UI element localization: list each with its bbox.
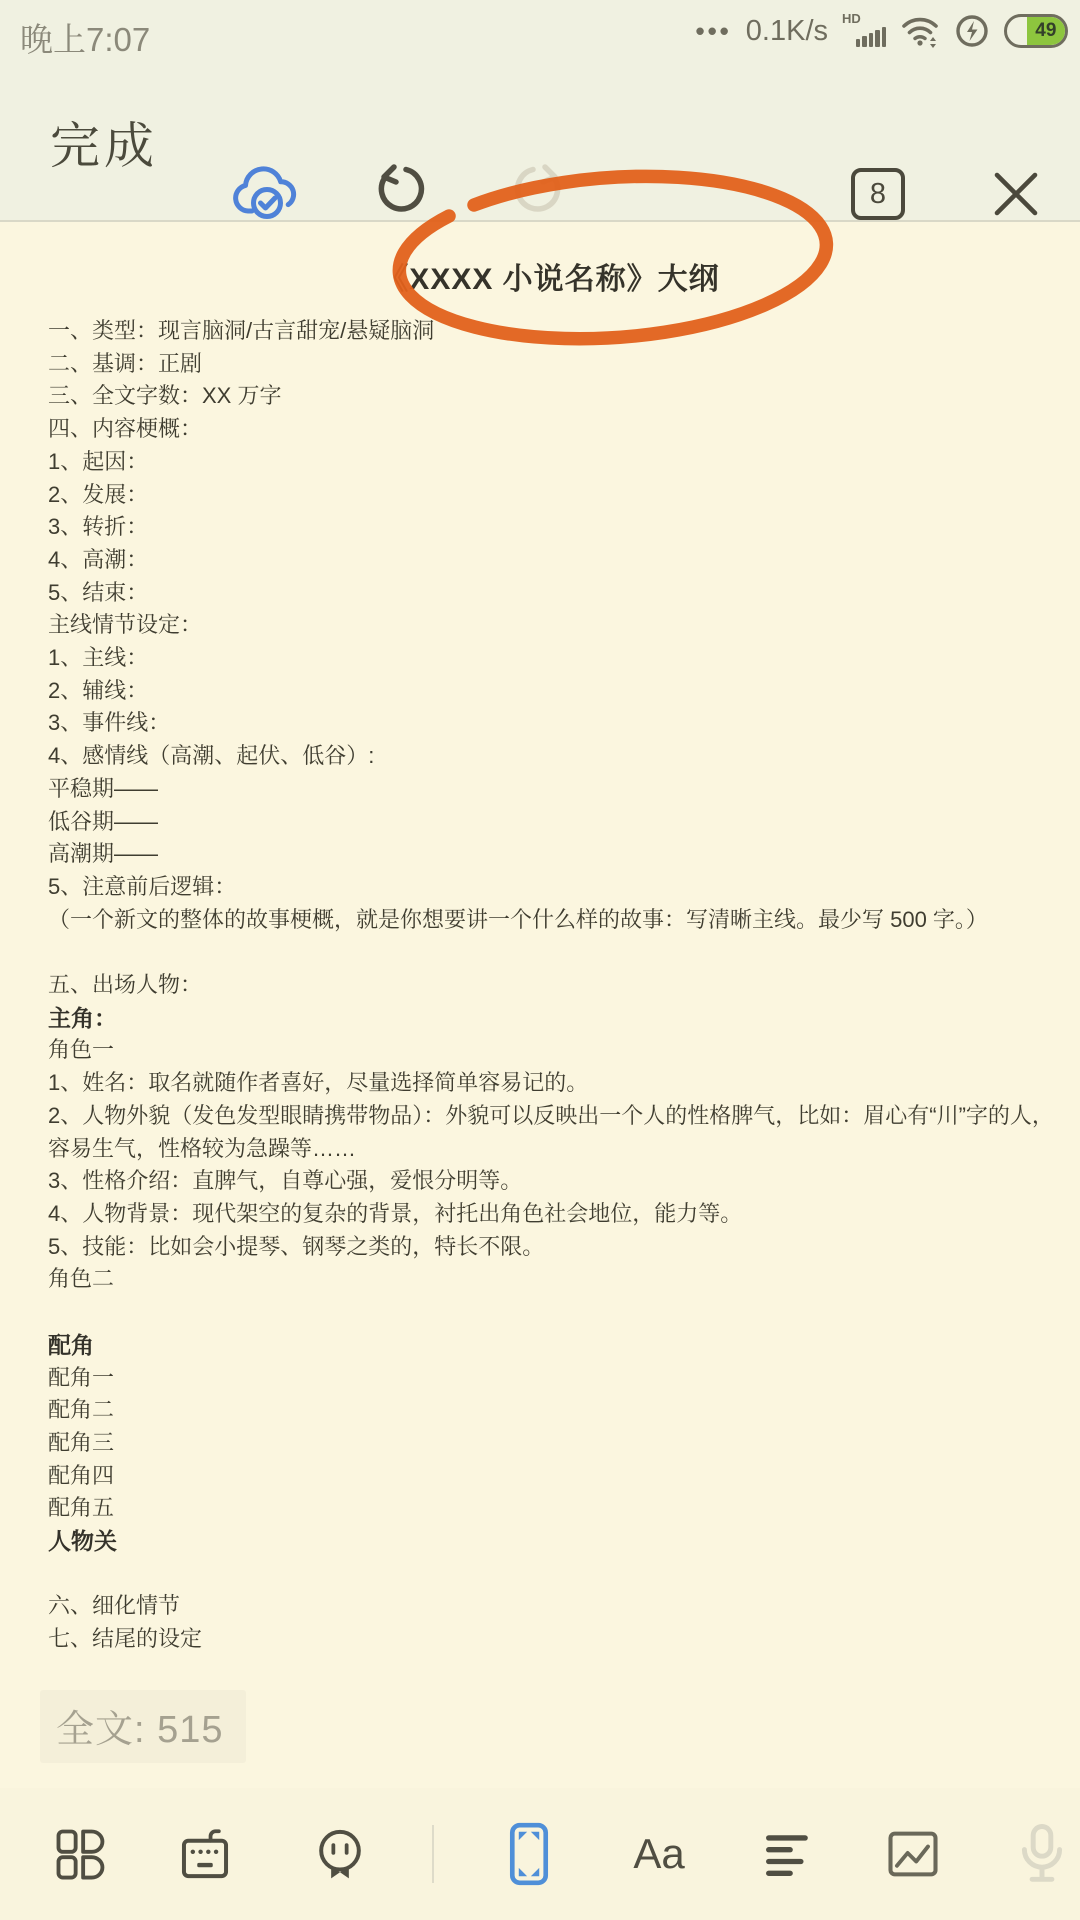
cloud-sync-icon[interactable]: [228, 158, 306, 226]
document-page[interactable]: 《XXXX 小说名称》大纲 一、类型：现言脑洞/古言甜宠/悬疑脑洞二、基调：正剧…: [0, 222, 1080, 1920]
doc-line: 5、结束：: [48, 577, 1050, 610]
fit-screen-icon[interactable]: [503, 1819, 555, 1889]
doc-line: 3、事件线：: [48, 707, 1050, 740]
doc-line: 配角五: [48, 1492, 1050, 1525]
doc-line: 4、高潮：: [48, 544, 1050, 577]
doc-line: 3、性格介绍：直脾气，自尊心强，爱恨分明等。: [48, 1165, 1050, 1198]
paragraph-icon[interactable]: [758, 1824, 818, 1884]
page-count: 8: [870, 178, 886, 211]
image-icon[interactable]: [883, 1824, 943, 1884]
status-bar: 晚上7:07 ••• 0.1K/s HD: [0, 0, 1080, 62]
word-count-text: 全文: 515: [56, 1709, 224, 1751]
doc-line: 二、基调：正剧: [48, 348, 1050, 381]
doc-line: 1、主线：: [48, 642, 1050, 675]
charging-icon: [954, 13, 990, 49]
doc-line: 5、注意前后逻辑：: [48, 871, 1050, 904]
doc-line: 高潮期——: [48, 838, 1050, 871]
keyboard-icon[interactable]: [174, 1823, 236, 1885]
doc-line: 配角三: [48, 1427, 1050, 1460]
doc-body: 一、类型：现言脑洞/古言甜宠/悬疑脑洞二、基调：正剧三、全文字数：XX 万字四、…: [48, 315, 1050, 1656]
font-icon[interactable]: Aa: [633, 1830, 684, 1878]
doc-line: 配角: [48, 1329, 1050, 1362]
doc-line: 一、类型：现言脑洞/古言甜宠/悬疑脑洞: [48, 315, 1050, 348]
battery-icon: 49: [1004, 14, 1068, 48]
network-speed: 0.1K/s: [746, 15, 828, 48]
doc-line: 主线情节设定：: [48, 609, 1050, 642]
status-time: 晚上7:07: [20, 14, 150, 61]
more-dots-icon: •••: [695, 16, 731, 47]
hd-label: HD: [842, 11, 861, 26]
app-header: 晚上7:07 ••• 0.1K/s HD: [0, 0, 1080, 222]
doc-line: 人物关: [48, 1525, 1050, 1558]
doc-line: [48, 1558, 1050, 1591]
doc-line: 3、转折：: [48, 511, 1050, 544]
doc-line: 1、起因：: [48, 446, 1050, 479]
doc-line: 4、人物背景：现代架空的复杂的背景，衬托出角色社会地位，能力等。: [48, 1198, 1050, 1231]
doc-line: 1、姓名：取名就随作者喜好，尽量选择简单容易记的。: [48, 1067, 1050, 1100]
doc-line: 配角四: [48, 1460, 1050, 1493]
doc-line: 2、人物外貌（发色发型眼睛携带物品）：外貌可以反映出一个人的性格脾气，比如：眉心…: [48, 1100, 1050, 1133]
done-button[interactable]: 完成: [50, 106, 158, 178]
close-icon[interactable]: [990, 168, 1042, 220]
doc-line: 五、出场人物：: [48, 969, 1050, 1002]
edit-toolbar: 完成 8: [0, 62, 1080, 220]
doc-line: 三、全文字数：XX 万字: [48, 380, 1050, 413]
doc-line: [48, 936, 1050, 969]
doc-line: 主角：: [48, 1002, 1050, 1035]
signal-bars-icon: HD: [842, 11, 886, 51]
toolbar-divider: [432, 1825, 434, 1883]
doc-line: 5、技能：比如会小提琴、钢琴之类的，特长不限。: [48, 1231, 1050, 1264]
wifi-icon: [900, 13, 940, 49]
doc-line: 配角二: [48, 1394, 1050, 1427]
doc-line: 四、内容梗概：: [48, 413, 1050, 446]
tools-grid-icon[interactable]: [51, 1824, 111, 1884]
doc-line: 七、结尾的设定: [48, 1623, 1050, 1656]
page-count-box[interactable]: 8: [851, 168, 905, 220]
doc-line: 低谷期——: [48, 806, 1050, 839]
emoji-icon[interactable]: [309, 1823, 371, 1885]
doc-line: 角色一: [48, 1034, 1050, 1067]
doc-line: （一个新文的整体的故事梗概，就是你想要讲一个什么样的故事：写清晰主线。最少写 5…: [48, 904, 1050, 937]
doc-line: 2、发展：: [48, 479, 1050, 512]
undo-icon[interactable]: [372, 160, 434, 222]
doc-line: 平稳期——: [48, 773, 1050, 806]
bottom-toolbar: Aa: [0, 1788, 1080, 1920]
microphone-icon[interactable]: [1011, 1821, 1073, 1887]
doc-line: 4、感情线（高潮、起伏、低谷）:: [48, 740, 1050, 773]
font-icon-label: Aa: [633, 1830, 684, 1878]
word-count-badge: 全文: 515: [40, 1690, 246, 1763]
doc-title: 《XXXX 小说名称》大纲: [48, 262, 1050, 298]
doc-line: [48, 1296, 1050, 1329]
redo-icon[interactable]: [505, 160, 567, 222]
doc-line: 2、辅线：: [48, 675, 1050, 708]
doc-line: 六、细化情节: [48, 1590, 1050, 1623]
doc-line: 配角一: [48, 1362, 1050, 1395]
battery-percent: 49: [1035, 20, 1056, 42]
doc-line: 角色二: [48, 1263, 1050, 1296]
doc-line: 容易生气，性格较为急躁等……: [48, 1133, 1050, 1166]
